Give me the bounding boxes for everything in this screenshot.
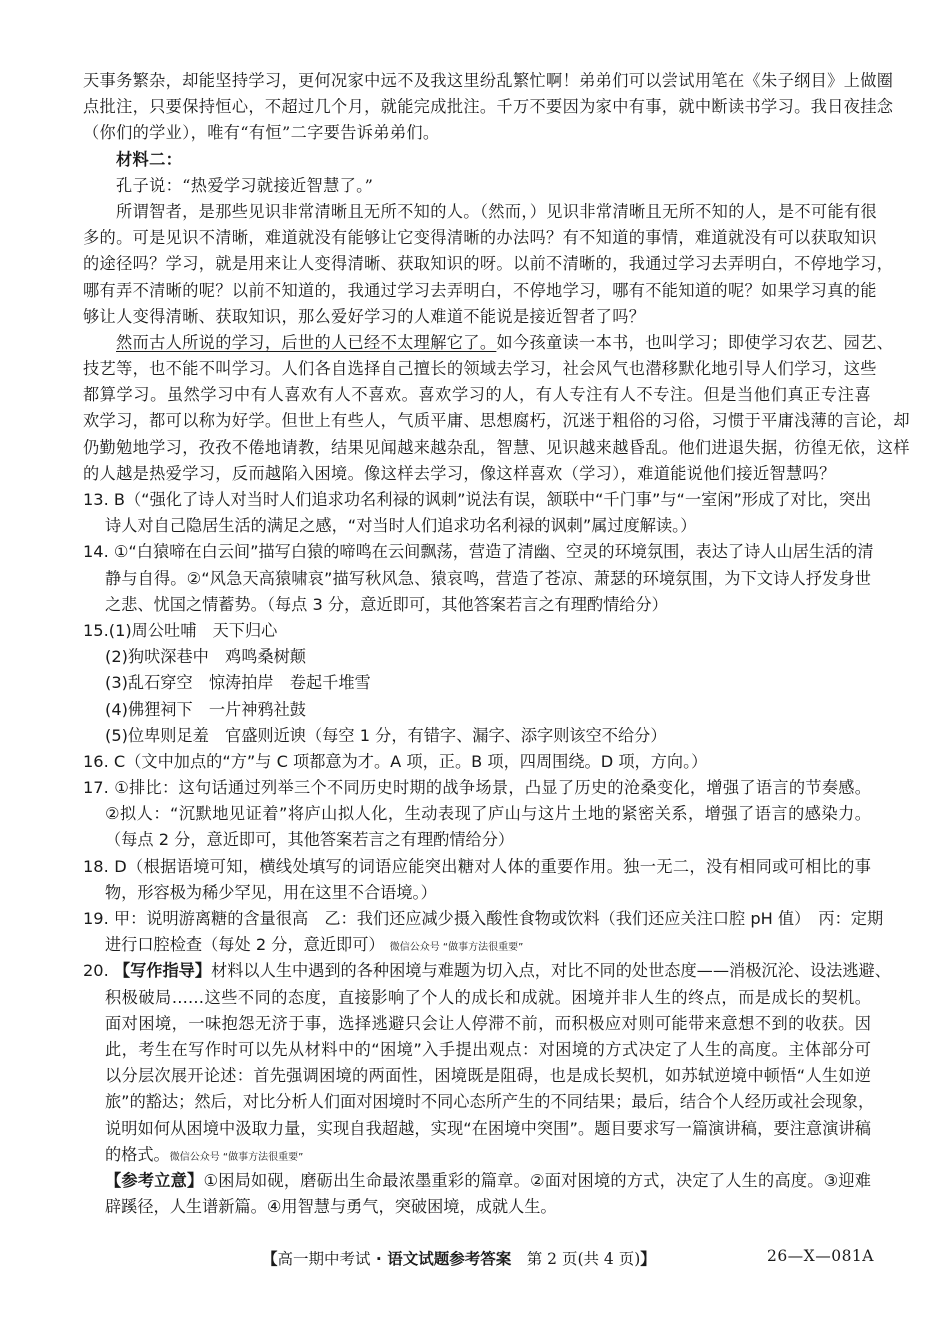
reference-theme-cont: 辟蹊径，人生谱新篇。④用智慧与勇气，突破困境，成就人生。 — [83, 1194, 871, 1220]
text-line: 多的。可是见识不清晰，难道就没有能够让它变得清晰的办法吗？有不知道的事情，难道就… — [83, 225, 871, 251]
text-line: 然而古人所说的学习，后世的人已经不太理解它了。如今孩童读一本书，也叫学习；即使学… — [83, 330, 871, 356]
answer-14: 14. ①“白猿啼在白云间”描写白猿的啼鸣在云间飘荡，营造了清幽、空灵的环境氛围… — [83, 539, 871, 565]
answer-13: 13. B（“强化了诗人对当时人们追求功名利禄的讽刺”说法有误，颔联中“千门事”… — [83, 487, 871, 513]
reference-theme: 【参考立意】①困局如砚，磨砺出生命最浓墨重彩的篇章。②面对困境的方式，决定了人生… — [83, 1168, 871, 1194]
answer-15-item: (4)佛狸祠下 一片神鸦社鼓 — [83, 697, 871, 723]
answer-17-cont: ②拟人：“沉默地见证着”将庐山拟人化，生动表现了庐山与这片土地的紧密关系，增强了… — [83, 801, 871, 827]
watermark: 微信公众号 “做事方法很重要” — [170, 1152, 304, 1163]
answer-15-item: (5)位卑则足羞 官盛则近谀（每空 1 分，有错字、漏字、添字则该空不给分） — [83, 723, 871, 749]
answer-19: 19. 甲：说明游离糖的含量很高 乙：我们还应减少摄入酸性食物或饮料（我们还应关… — [83, 906, 871, 932]
answer-17-cont: （每点 2 分，意近即可，其他答案若言之有理酌情给分） — [83, 827, 871, 853]
answer-19-cont: 进行口腔检查（每处 2 分，意近即可） 微信公众号 “做事方法很重要” — [83, 932, 871, 958]
text-line: 仍勤勉地学习，孜孜不倦地请教，结果见闻越来越杂乱，智慧、见识越来越昏乱。他们进退… — [83, 435, 871, 461]
answer-18-cont: 物，形容极为稀少罕见，用在这里不合语境。） — [83, 880, 871, 906]
answer-14-cont: 之悲、忧国之情蓄势。（每点 3 分，意近即可，其他答案若言之有理酌情给分） — [83, 592, 871, 618]
text-line: 所谓智者，是那些见识非常清晰且无所不知的人。（然而，）见识非常清晰且无所不知的人… — [83, 199, 871, 225]
answer-20-cont: 的格式。微信公众号 “做事方法很重要” — [83, 1142, 871, 1168]
writing-guide-label: 【写作指导】 — [114, 961, 211, 980]
text-line: 的人越是热爱学习，反而越陷入困境。像这样去学习，像这样喜欢（学习），难道能说他们… — [83, 461, 871, 487]
answer-20-cont: 此，考生在写作时可以先从材料中的“困境”入手提出观点：对困境的方式决定了人生的高… — [83, 1037, 871, 1063]
text-line: 够让人变得清晰、获取知识，那么爱好学习的人难道不能说是接近智者了吗？ — [83, 304, 871, 330]
text-line: 欢学习，都可以称为好学。但世上有些人，气质平庸、思想腐朽，沉迷于粗俗的习俗，习惯… — [83, 408, 871, 434]
answer-20-cont: 以分层次展开论述：首先强调困境的两面性，困境既是阻碍，也是成长契机，如苏轼逆境中… — [83, 1063, 871, 1089]
answer-20: 20. 【写作指导】材料以人生中遇到的各种困境与难题为切入点，对比不同的处世态度… — [83, 958, 871, 984]
section-heading: 材料二： — [83, 147, 871, 173]
watermark: 微信公众号 “做事方法很重要” — [390, 942, 524, 953]
answer-page: 天事务繁杂，却能坚持学习，更何况家中远不及我这里纷乱繁忙啊！弟弟们可以尝试用笔在… — [83, 68, 871, 1220]
answer-18: 18. D（根据语境可知，横线处填写的词语应能突出糖对人体的重要作用。独一无二，… — [83, 854, 871, 880]
answer-17: 17. ①排比：这句话通过列举三个不同历史时期的战争场景，凸显了历史的沧桑变化，… — [83, 775, 871, 801]
answer-20-cont: 说明如何从困境中汲取力量，实现自我超越，实现“在困境中突围”。题目要求写一篇演讲… — [83, 1116, 871, 1142]
text-line: 技艺等，也不能不叫学习。人们各自选择自己擅长的领域去学习，社会风气也潜移默化地引… — [83, 356, 871, 382]
footer-code: 26—X—081A — [767, 1247, 874, 1265]
answer-16: 16. C（文中加点的“方”与 C 项都意为才。A 项，正。B 项，四周围绕。D… — [83, 749, 871, 775]
answer-15-item: (2)狗吠深巷中 鸡鸣桑树颠 — [83, 644, 871, 670]
answer-15: 15.(1)周公吐哺 天下归心 — [83, 618, 871, 644]
text-line: （你们的学业），唯有“有恒”二字要告诉弟弟们。 — [83, 120, 871, 146]
reference-theme-label: 【参考立意】 — [105, 1171, 203, 1190]
answer-15-item: (3)乱石穿空 惊涛拍岸 卷起千堆雪 — [83, 670, 871, 696]
answer-20-cont: 积极破局……这些不同的态度，直接影响了个人的成长和成就。困境并非人生的终点，而是… — [83, 985, 871, 1011]
footer-title: 【高一期中考试 · 语文试题参考答案 第 2 页(共 4 页)】 — [262, 1247, 656, 1269]
text-line: 天事务繁杂，却能坚持学习，更何况家中远不及我这里纷乱繁忙啊！弟弟们可以尝试用笔在… — [83, 68, 871, 94]
text-line: 哪有弄不清晰的呢？以前不知道的，我通过学习去弄明白，不停地学习，哪有不能知道的呢… — [83, 278, 871, 304]
answer-13-cont: 诗人对自己隐居生活的满足之感，“对当时人们追求功名利禄的讽刺”属过度解读。） — [83, 513, 871, 539]
text-line: 点批注，只要保持恒心，不超过几个月，就能完成批注。千万不要因为家中有事，就中断读… — [83, 94, 871, 120]
answer-20-cont: 旅”的豁达；然后，对比分析人们面对困境时不同心态所产生的不同结果；最后，结合个人… — [83, 1089, 871, 1115]
text-line: 的途径吗？学习，就是用来让人变得清晰、获取知识的呀。以前不清晰的，我通过学习去弄… — [83, 251, 871, 277]
text-line: 都算学习。虽然学习中有人喜欢有人不喜欢。喜欢学习的人，有人专注有人不专注。但是当… — [83, 382, 871, 408]
underlined-sentence: 然而古人所说的学习，后世的人已经不太理解它了。 — [116, 333, 496, 352]
quote-line: 孔子说：“热爱学习就接近智慧了。” — [83, 173, 871, 199]
answer-14-cont: 静与自得。②“风急天高猿啸哀”描写秋风急、猿哀鸣，营造了苍凉、萧瑟的环境氛围，为… — [83, 566, 871, 592]
answer-20-cont: 面对困境，一味抱怨无济于事，选择逃避只会让人停滞不前，而积极应对则可能带来意想不… — [83, 1011, 871, 1037]
